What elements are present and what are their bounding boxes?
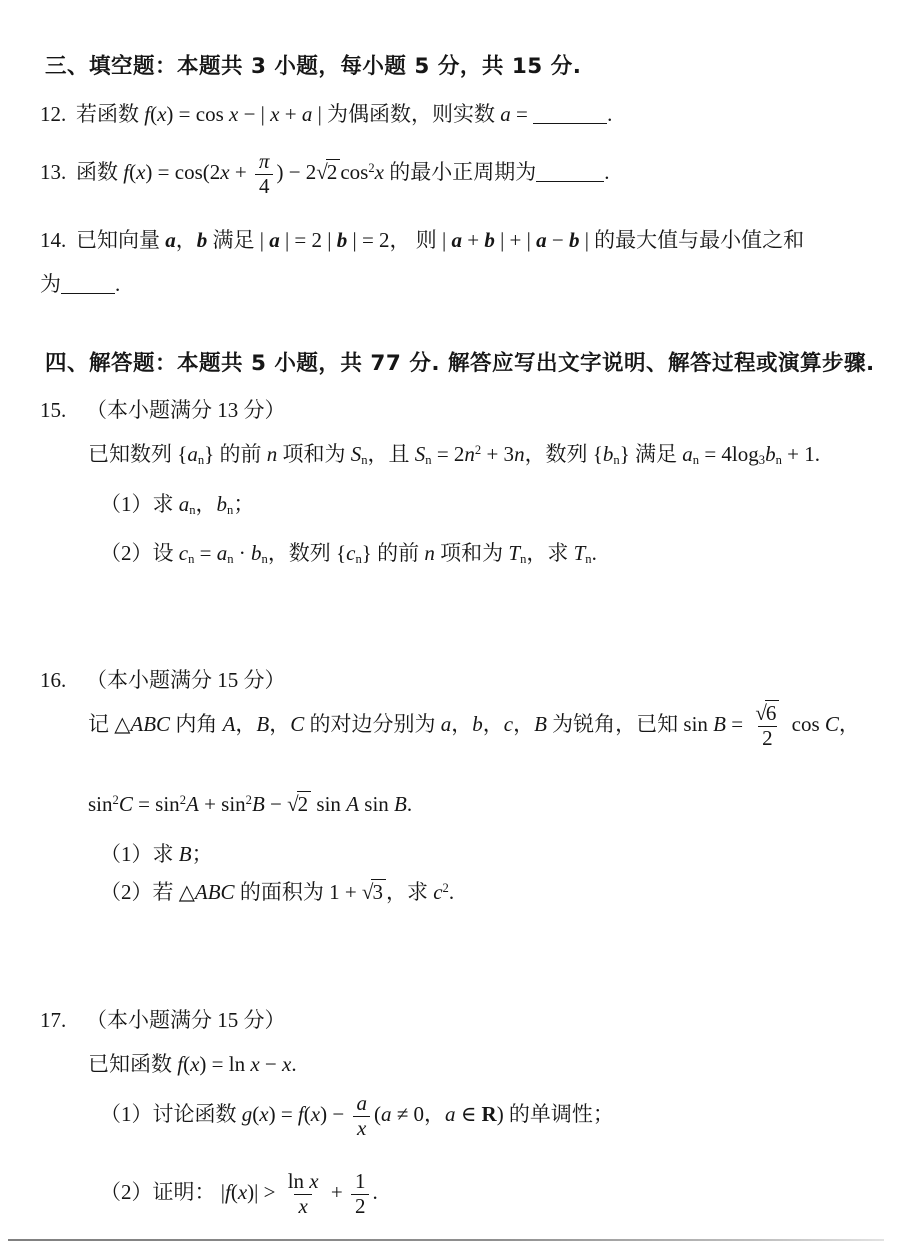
points-note: （本小题满分 15 分）	[86, 668, 286, 692]
math-var: B	[252, 792, 265, 816]
math-var: a	[217, 541, 228, 565]
math-var: C	[825, 712, 839, 736]
text: = 2	[432, 442, 465, 466]
denominator: x	[294, 1194, 311, 1219]
math-var: S	[415, 442, 426, 466]
text: 已知向量	[76, 228, 165, 252]
question-17-part2: （2）证明： |f(x)| > ln xx + 12.	[100, 1170, 378, 1218]
text: cos	[786, 712, 825, 736]
text: +	[279, 102, 301, 126]
text: ；	[233, 492, 254, 516]
math-var: B	[256, 712, 269, 736]
text: cos	[340, 160, 368, 184]
text: 已知函数	[88, 1052, 177, 1076]
text: （2）设	[100, 541, 179, 565]
text: ，数列 {	[525, 442, 603, 466]
math-var: a	[441, 712, 452, 736]
math-var: b	[217, 492, 228, 516]
text: .	[407, 792, 412, 816]
math-var: a	[187, 442, 198, 466]
sqrt: √2	[287, 792, 311, 816]
text: ，且	[368, 442, 415, 466]
math-var: S	[351, 442, 362, 466]
numerator: a	[352, 1092, 371, 1116]
text: ) = ln	[199, 1052, 250, 1076]
math-var: b	[765, 442, 776, 466]
text: +	[230, 160, 252, 184]
question-number: 14.	[40, 226, 76, 255]
denominator: x	[353, 1116, 370, 1141]
text: ，	[196, 492, 217, 516]
text: −	[547, 228, 569, 252]
numerator: π	[255, 150, 274, 174]
text: 的面积为 1 +	[235, 880, 362, 904]
math-var: n	[267, 442, 278, 466]
question-text: 函数 f(x) = cos(2x + π4) − 2√2cos2x 的最小正周期…	[76, 160, 609, 184]
math-var: C	[119, 792, 133, 816]
answer-blank	[536, 181, 604, 182]
text: 记 △	[88, 712, 130, 736]
radicand: 3	[371, 879, 386, 904]
text: =	[194, 541, 216, 565]
math-var: n	[464, 442, 475, 466]
text: .	[607, 102, 612, 126]
math-var: B	[713, 712, 726, 736]
vector-var: a	[269, 228, 280, 252]
text: ；	[192, 842, 213, 866]
text: ·	[234, 541, 252, 565]
numerator: ln x	[284, 1170, 323, 1194]
math-var: b	[603, 442, 614, 466]
text: 函数	[76, 160, 123, 184]
text: （2）证明： |	[100, 1180, 225, 1204]
text: | + |	[495, 228, 536, 252]
text: −	[260, 1052, 282, 1076]
question-number: 15.	[40, 396, 76, 425]
text: 为锐角，已知 sin	[547, 712, 713, 736]
math-var: ABC	[130, 712, 170, 736]
denominator: 2	[351, 1194, 370, 1219]
text: − |	[238, 102, 270, 126]
text: ) − 2	[276, 160, 316, 184]
question-number: 16.	[40, 666, 76, 695]
text: ，求	[386, 880, 433, 904]
fraction: ax	[352, 1092, 371, 1140]
text: .	[115, 272, 120, 296]
math-var: ABC	[195, 880, 235, 904]
question-15-part1: （1）求 an，bn；	[100, 490, 254, 519]
text: 为偶函数，则实数	[327, 102, 500, 126]
text: 项和为	[277, 442, 351, 466]
text: +	[462, 228, 484, 252]
question-number: 12.	[40, 100, 76, 129]
math-var: B	[179, 842, 192, 866]
text: 已知数列 {	[88, 442, 187, 466]
vector-var: b	[197, 228, 208, 252]
section-3-title: 三、填空题：本题共 3 小题，每小题 5 分，共 15 分.	[45, 54, 581, 79]
math-var: n	[514, 442, 525, 466]
text: ) 的单调性；	[497, 1102, 614, 1126]
text: ) = cos(2	[145, 160, 220, 184]
text: =	[726, 712, 748, 736]
math-var: C	[290, 712, 304, 736]
text: ln	[288, 1169, 310, 1193]
math-var: B	[534, 712, 547, 736]
radicand: 6	[765, 700, 780, 725]
math-var: x	[229, 102, 238, 126]
vector-var: a	[165, 228, 176, 252]
math-var: a	[381, 1102, 392, 1126]
text: sin	[88, 792, 113, 816]
denominator: 4	[255, 174, 274, 199]
math-var: T	[574, 541, 586, 565]
question-15-head: 15.（本小题满分 13 分）	[40, 396, 286, 425]
exam-page: 三、填空题：本题共 3 小题，每小题 5 分，共 15 分. 12.若函数 f(…	[0, 0, 900, 1243]
text: ，	[176, 228, 197, 252]
text: ，	[269, 712, 290, 736]
text: .	[449, 880, 454, 904]
text: )| >	[247, 1180, 281, 1204]
math-var: b	[251, 541, 262, 565]
text: + sin	[199, 792, 246, 816]
fraction: √62	[751, 702, 783, 750]
math-var: a	[500, 102, 511, 126]
question-16-part1: （1）求 B；	[100, 840, 213, 869]
question-15-body: 已知数列 {an} 的前 n 项和为 Sn，且 Sn = 2n2 + 3n，数列…	[88, 440, 820, 469]
math-var: a	[179, 492, 190, 516]
question-16-body1: 记 △ABC 内角 A，B，C 的对边分别为 a，b，c，B 为锐角，已知 si…	[88, 702, 860, 750]
question-text: 若函数 f(x) = cos x − | x + a | 为偶函数，则实数 a …	[76, 102, 612, 126]
radicand: 2	[326, 159, 341, 184]
question-text: 已知向量 a，b 满足 | a | = 2 | b | = 2， 则 | a +…	[76, 228, 804, 252]
math-var: x	[311, 1102, 320, 1126]
math-var: T	[508, 541, 520, 565]
math-var: x	[238, 1180, 247, 1204]
question-15-part2: （2）设 cn = an · bn，数列 {cn} 的前 n 项和为 Tn，求 …	[100, 539, 597, 568]
points-note: （本小题满分 13 分）	[86, 398, 286, 422]
math-var: a	[682, 442, 693, 466]
question-17-head: 17.（本小题满分 15 分）	[40, 1006, 286, 1035]
text: + 3	[481, 442, 514, 466]
text: 满足 |	[207, 228, 269, 252]
math-var: b	[472, 712, 483, 736]
text: (	[231, 1180, 238, 1204]
text: ∈	[455, 1102, 481, 1126]
answer-blank	[61, 293, 115, 294]
text: ，	[839, 712, 860, 736]
section-3-header: 三、填空题：本题共 3 小题，每小题 5 分，共 15 分.	[45, 52, 581, 82]
text: .	[604, 160, 609, 184]
question-16-part2: （2）若 △ABC 的面积为 1 + √3，求 c2.	[100, 878, 454, 907]
text: −	[265, 792, 287, 816]
vector-var: b	[484, 228, 495, 252]
text: （1）讨论函数	[100, 1102, 242, 1126]
text: |	[312, 102, 327, 126]
text: ，	[235, 712, 256, 736]
text: ≠ 0，	[391, 1102, 445, 1126]
math-var: x	[282, 1052, 291, 1076]
text: =	[511, 102, 533, 126]
numerator: 1	[351, 1170, 370, 1194]
math-var: x	[259, 1102, 268, 1126]
text: sin	[311, 792, 346, 816]
math-var: x	[309, 1169, 318, 1193]
question-16-head: 16.（本小题满分 15 分）	[40, 666, 286, 695]
question-17-part1: （1）讨论函数 g(x) = f(x) − ax(a ≠ 0，a ∈ R) 的单…	[100, 1092, 614, 1140]
sqrt: √3	[362, 880, 386, 904]
text: + 1.	[782, 442, 820, 466]
text: ) = cos	[166, 102, 229, 126]
scan-artifact-line	[8, 1239, 884, 1241]
question-14-line2: 为.	[40, 270, 120, 299]
text: +	[326, 1180, 348, 1204]
math-var: B	[394, 792, 407, 816]
text: ) −	[320, 1102, 349, 1126]
math-var: g	[242, 1102, 253, 1126]
text: ) =	[269, 1102, 298, 1126]
text: = sin	[133, 792, 180, 816]
question-number: 17.	[40, 1006, 76, 1035]
text: | 的最大值与最小值之和	[579, 228, 804, 252]
text: （1）求	[100, 842, 179, 866]
numerator: √6	[751, 702, 783, 726]
text: (	[374, 1102, 381, 1126]
question-14: 14.已知向量 a，b 满足 | a | = 2 | b | = 2， 则 | …	[40, 226, 804, 255]
text: } 满足	[620, 442, 683, 466]
text: .	[372, 1180, 377, 1204]
question-12: 12.若函数 f(x) = cos x − | x + a | 为偶函数，则实数…	[40, 100, 612, 129]
math-var: c	[179, 541, 188, 565]
math-var: a	[445, 1102, 456, 1126]
sqrt: √2	[316, 160, 340, 184]
text: | = 2， 则 |	[347, 228, 451, 252]
text: （2）若 △	[100, 880, 195, 904]
vector-var: b	[337, 228, 348, 252]
math-var: x	[220, 160, 229, 184]
answer-blank	[533, 123, 607, 124]
text: ，数列 {	[268, 541, 346, 565]
text: ，	[483, 712, 504, 736]
section-4-title: 四、解答题：本题共 5 小题，共 77 分. 解答应写出文字说明、解答过程或演算…	[45, 351, 875, 376]
text: 内角	[170, 712, 223, 736]
question-17-body: 已知函数 f(x) = ln x − x.	[88, 1050, 297, 1079]
math-var: c	[433, 880, 442, 904]
text: 若函数	[76, 102, 144, 126]
text: } 的前	[362, 541, 425, 565]
text: .	[592, 541, 597, 565]
fraction: ln xx	[284, 1170, 323, 1218]
text: ，求	[526, 541, 573, 565]
question-13: 13.函数 f(x) = cos(2x + π4) − 2√2cos2x 的最小…	[40, 150, 609, 198]
vector-var: a	[536, 228, 547, 252]
text: 的对边分别为	[304, 712, 441, 736]
text: 的最小正周期为	[384, 160, 536, 184]
question-number: 13.	[40, 158, 76, 187]
fraction: 12	[351, 1170, 370, 1218]
math-var: x	[250, 1052, 259, 1076]
math-var: A	[223, 712, 236, 736]
text: ，	[451, 712, 472, 736]
text: 为	[40, 272, 61, 296]
math-var: a	[302, 102, 313, 126]
text: 项和为	[435, 541, 509, 565]
sqrt: √6	[755, 701, 779, 725]
radicand: 2	[297, 791, 312, 816]
text: | = 2 |	[280, 228, 337, 252]
text: .	[291, 1052, 296, 1076]
fraction: π4	[255, 150, 274, 198]
text: （1）求	[100, 492, 179, 516]
math-var: A	[186, 792, 199, 816]
section-4-header: 四、解答题：本题共 5 小题，共 77 分. 解答应写出文字说明、解答过程或演算…	[45, 349, 875, 379]
text: (	[304, 1102, 311, 1126]
points-note: （本小题满分 15 分）	[86, 1008, 286, 1032]
math-var: A	[346, 792, 359, 816]
vector-var: a	[452, 228, 463, 252]
text: ，	[513, 712, 534, 736]
text: } 的前	[204, 442, 267, 466]
math-var: x	[375, 160, 384, 184]
text: = 4log	[699, 442, 759, 466]
math-var: c	[504, 712, 513, 736]
text: sin	[359, 792, 394, 816]
question-16-body2: sin2C = sin2A + sin2B − √2 sin A sin B.	[88, 790, 412, 819]
denominator: 2	[758, 726, 777, 751]
math-var: n	[424, 541, 435, 565]
real-number-set-symbol: R	[482, 1102, 497, 1126]
vector-var: b	[569, 228, 580, 252]
